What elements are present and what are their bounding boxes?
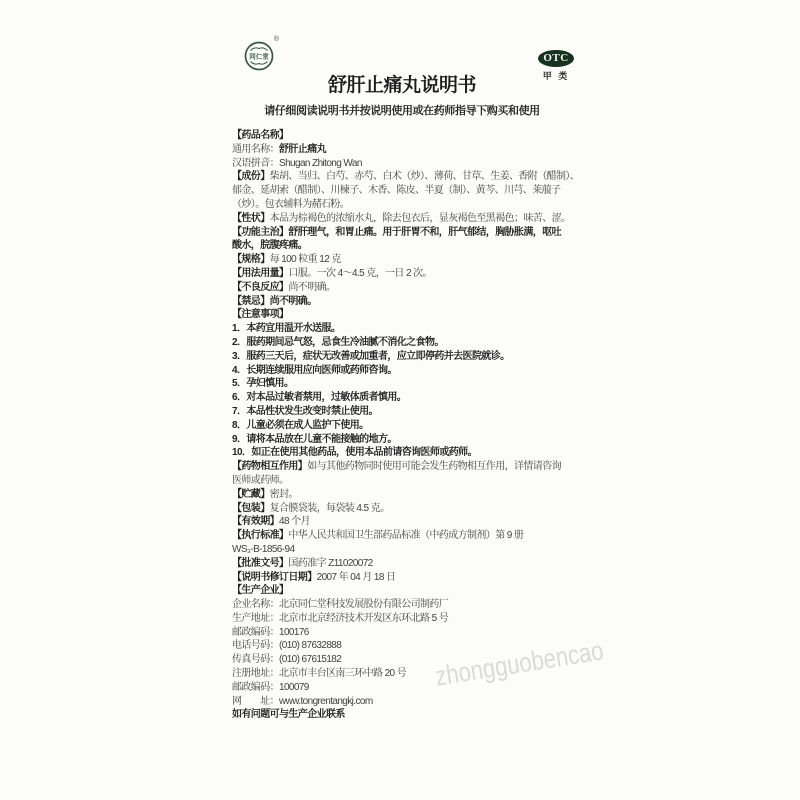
leaflet-line: 【成份】柴胡、当归、白芍、赤芍、白术（炒）、薄荷、甘草、生姜、香附（醋制）、 xyxy=(232,170,577,184)
line-text-bold: 【禁忌】 xyxy=(232,296,270,307)
tongrentang-logo-icon: 同仁堂 ® xyxy=(243,40,275,72)
leaflet-line: 【执行标准】中华人民共和国卫生部药品标准（中药成方制剂）第 9 册 xyxy=(232,529,577,543)
leaflet-line: 企业名称：北京同仁堂科技发展股份有限公司制药厂 xyxy=(232,598,577,612)
line-text-bold: 【药物相互作用】 xyxy=(232,461,307,472)
leaflet-line: 如有问题可与生产企业联系 xyxy=(232,708,577,722)
leaflet-line: 【规格】每 100 粒重 12 克 xyxy=(232,253,577,267)
leaflet-line: 9．请将本品放在儿童不能接触的地方。 xyxy=(232,433,577,447)
line-text-bold: 【功能主治】 xyxy=(232,227,288,238)
line-text: 通用名称： xyxy=(232,144,279,155)
line-text: 生产地址：北京市北京经济技术开发区东环北路 5 号 xyxy=(232,613,448,624)
leaflet-line: 4．长期连续服用应向医师或药师咨询。 xyxy=(232,364,577,378)
otc-label: OTC xyxy=(538,50,574,67)
line-text: （炒）。包衣辅料为赭石粉。 xyxy=(232,199,349,210)
line-text-bold: 8．儿童必须在成人监护下使用。 xyxy=(232,420,369,431)
tongrentang-seal-icon: 同仁堂 xyxy=(243,40,275,72)
line-text-bold: 尚不明确。 xyxy=(270,296,317,307)
leaflet-page: 同仁堂 ® OTC 甲 类 舒肝止痛丸说明书 请仔细阅读说明书并按说明使用或在药… xyxy=(0,0,800,800)
leaflet-line: 3．服药三天后，症状无改善或加重者，应立即停药并去医院就诊。 xyxy=(232,350,577,364)
line-text: 密封。 xyxy=(270,489,298,500)
line-text-bold: 2．服药期间忌气怒，忌食生冷油腻不消化之食物。 xyxy=(232,337,444,348)
leaflet-line: 邮政编码：100176 xyxy=(232,626,577,640)
leaflet-line: （炒）。包衣辅料为赭石粉。 xyxy=(232,198,577,212)
registered-mark: ® xyxy=(274,36,279,43)
leaflet-line: 【注意事项】 xyxy=(232,308,577,322)
line-text-bold: 7．本品性状发生改变时禁止使用。 xyxy=(232,406,378,417)
line-text: 企业名称：北京同仁堂科技发展股份有限公司制药厂 xyxy=(232,599,448,610)
leaflet-line: 【不良反应】尚不明确。 xyxy=(232,281,577,295)
line-text: 每 100 粒重 12 克 xyxy=(270,254,341,265)
line-text-bold: 【说明书修订日期】 xyxy=(232,572,317,583)
line-text-bold: 【批准文号】 xyxy=(232,558,288,569)
leaflet-line: 10．如正在使用其他药品，使用本品前请咨询医师或药师。 xyxy=(232,446,577,460)
leaflet-line: 医师或药师。 xyxy=(232,474,577,488)
leaflet-line: 1．本药宜用温开水送服。 xyxy=(232,322,577,336)
line-text-bold: 【用法用量】 xyxy=(232,268,288,279)
leaflet-line: 网 址：www.tongrentangkj.com xyxy=(232,695,577,709)
line-text: 尚不明确。 xyxy=(288,282,335,293)
line-text: 邮政编码：100176 xyxy=(232,627,309,638)
leaflet-line: 注册地址：北京市丰台区南三环中路 20 号 xyxy=(232,667,577,681)
leaflet-line: 【生产企业】 xyxy=(232,584,577,598)
leaflet-line: 汉语拼音：Shugan Zhitong Wan xyxy=(232,157,577,171)
line-text: 口服。一次 4～4.5 克，一日 2 次。 xyxy=(288,268,432,279)
svg-text:同仁堂: 同仁堂 xyxy=(249,51,269,60)
line-text: 电话号码：(010) 87632888 xyxy=(232,640,341,651)
line-text: 国药准字 Z11020072 xyxy=(288,558,372,569)
leaflet-line: 传真号码：(010) 67615182 xyxy=(232,653,577,667)
line-text-bold: 如有问题可与生产企业联系 xyxy=(232,709,345,720)
page-subtitle: 请仔细阅读说明书并按说明使用或在药师指导下购买和使用 xyxy=(212,102,592,118)
leaflet-line: 【用法用量】口服。一次 4～4.5 克，一日 2 次。 xyxy=(232,267,577,281)
line-text-bold: 【贮藏】 xyxy=(232,489,270,500)
line-text: 医师或药师。 xyxy=(232,475,288,486)
line-text: 复合膜袋装，每袋装 4.5 克。 xyxy=(270,503,390,514)
line-text: 注册地址：北京市丰台区南三环中路 20 号 xyxy=(232,668,406,679)
leaflet-line: 2．服药期间忌气怒，忌食生冷油腻不消化之食物。 xyxy=(232,336,577,350)
line-text: 郁金、延胡索（醋制）、川楝子、木香、陈皮、半夏（制）、黄芩、川芎、莱菔子 xyxy=(232,185,560,196)
leaflet-line: 6．对本品过敏者禁用，过敏体质者慎用。 xyxy=(232,391,577,405)
line-text: 汉语拼音：Shugan Zhitong Wan xyxy=(232,158,362,169)
leaflet-line: 电话号码：(010) 87632888 xyxy=(232,639,577,653)
line-text: 柴胡、当归、白芍、赤芍、白术（炒）、薄荷、甘草、生姜、香附（醋制）、 xyxy=(270,171,580,182)
leaflet-line: 【药品名称】 xyxy=(232,129,577,143)
leaflet-line: 郁金、延胡索（醋制）、川楝子、木香、陈皮、半夏（制）、黄芩、川芎、莱菔子 xyxy=(232,184,577,198)
line-text-bold: 4．长期连续服用应向医师或药师咨询。 xyxy=(232,365,397,376)
line-text: 48 个月 xyxy=(279,516,310,527)
line-text-bold: 【注意事项】 xyxy=(232,309,288,320)
line-text: 传真号码：(010) 67615182 xyxy=(232,654,341,665)
page-title: 舒肝止痛丸说明书 xyxy=(232,70,572,97)
leaflet-body: 【药品名称】通用名称：舒肝止痛丸汉语拼音：Shugan Zhitong Wan【… xyxy=(232,129,577,722)
line-text-bold: 舒肝理气，和胃止痛。用于肝胃不和，肝气郁结，胸胁胀满，呕吐 xyxy=(288,227,561,238)
line-text-bold: 【药品名称】 xyxy=(232,130,288,141)
leaflet-line: 7．本品性状发生改变时禁止使用。 xyxy=(232,405,577,419)
line-text: 如与其他药物同时使用可能会发生药物相互作用，详情请咨询 xyxy=(307,461,561,472)
line-text-bold: 【包装】 xyxy=(232,503,270,514)
leaflet-line: 8．儿童必须在成人监护下使用。 xyxy=(232,419,577,433)
line-text-bold: 3．服药三天后，症状无改善或加重者，应立即停药并去医院就诊。 xyxy=(232,351,510,362)
line-text: 2007 年 04 月 18 日 xyxy=(317,572,396,583)
line-text-bold: 【性状】 xyxy=(232,213,270,224)
line-text-bold: 舒肝止痛丸 xyxy=(279,144,326,155)
line-text-bold: 【生产企业】 xyxy=(232,585,288,596)
line-text: WS₃-B-1856-94 xyxy=(232,544,294,555)
line-text: 邮政编码：100079 xyxy=(232,682,309,693)
leaflet-line: 【贮藏】密封。 xyxy=(232,488,577,502)
line-text: 本品为棕褐色的浓缩水丸，除去包衣后，显灰褐色至黑褐色；味苦、涩。 xyxy=(270,213,571,224)
leaflet-line: 【包装】复合膜袋装，每袋装 4.5 克。 xyxy=(232,502,577,516)
leaflet-line: 【说明书修订日期】2007 年 04 月 18 日 xyxy=(232,571,577,585)
leaflet-line: 【禁忌】尚不明确。 xyxy=(232,295,577,309)
leaflet-line: 【有效期】48 个月 xyxy=(232,515,577,529)
line-text-bold: 【成份】 xyxy=(232,171,270,182)
line-text: 中华人民共和国卫生部药品标准（中药成方制剂）第 9 册 xyxy=(288,530,523,541)
leaflet-line: 邮政编码：100079 xyxy=(232,681,577,695)
line-text: 网 址：www.tongrentangkj.com xyxy=(232,696,373,707)
line-text-bold: 酸水，脘腹疼痛。 xyxy=(232,240,307,251)
line-text-bold: 【不良反应】 xyxy=(232,282,288,293)
leaflet-line: 【批准文号】国药准字 Z11020072 xyxy=(232,557,577,571)
line-text-bold: 1．本药宜用温开水送服。 xyxy=(232,323,340,334)
line-text-bold: 9．请将本品放在儿童不能接触的地方。 xyxy=(232,434,397,445)
leaflet-line: 【药物相互作用】如与其他药物同时使用可能会发生药物相互作用，详情请咨询 xyxy=(232,460,577,474)
line-text-bold: 10．如正在使用其他药品，使用本品前请咨询医师或药师。 xyxy=(232,447,477,458)
leaflet-line: 【性状】本品为棕褐色的浓缩水丸，除去包衣后，显灰褐色至黑褐色；味苦、涩。 xyxy=(232,212,577,226)
line-text-bold: 【执行标准】 xyxy=(232,530,288,541)
line-text-bold: 6．对本品过敏者禁用，过敏体质者慎用。 xyxy=(232,392,406,403)
leaflet-line: 酸水，脘腹疼痛。 xyxy=(232,239,577,253)
line-text-bold: 【有效期】 xyxy=(232,516,279,527)
leaflet-line: 生产地址：北京市北京经济技术开发区东环北路 5 号 xyxy=(232,612,577,626)
line-text-bold: 【规格】 xyxy=(232,254,270,265)
line-text-bold: 5．孕妇慎用。 xyxy=(232,378,293,389)
leaflet-line: 5．孕妇慎用。 xyxy=(232,377,577,391)
leaflet-line: 【功能主治】舒肝理气，和胃止痛。用于肝胃不和，肝气郁结，胸胁胀满，呕吐 xyxy=(232,226,577,240)
leaflet-line: WS₃-B-1856-94 xyxy=(232,543,577,557)
leaflet-line: 通用名称：舒肝止痛丸 xyxy=(232,143,577,157)
